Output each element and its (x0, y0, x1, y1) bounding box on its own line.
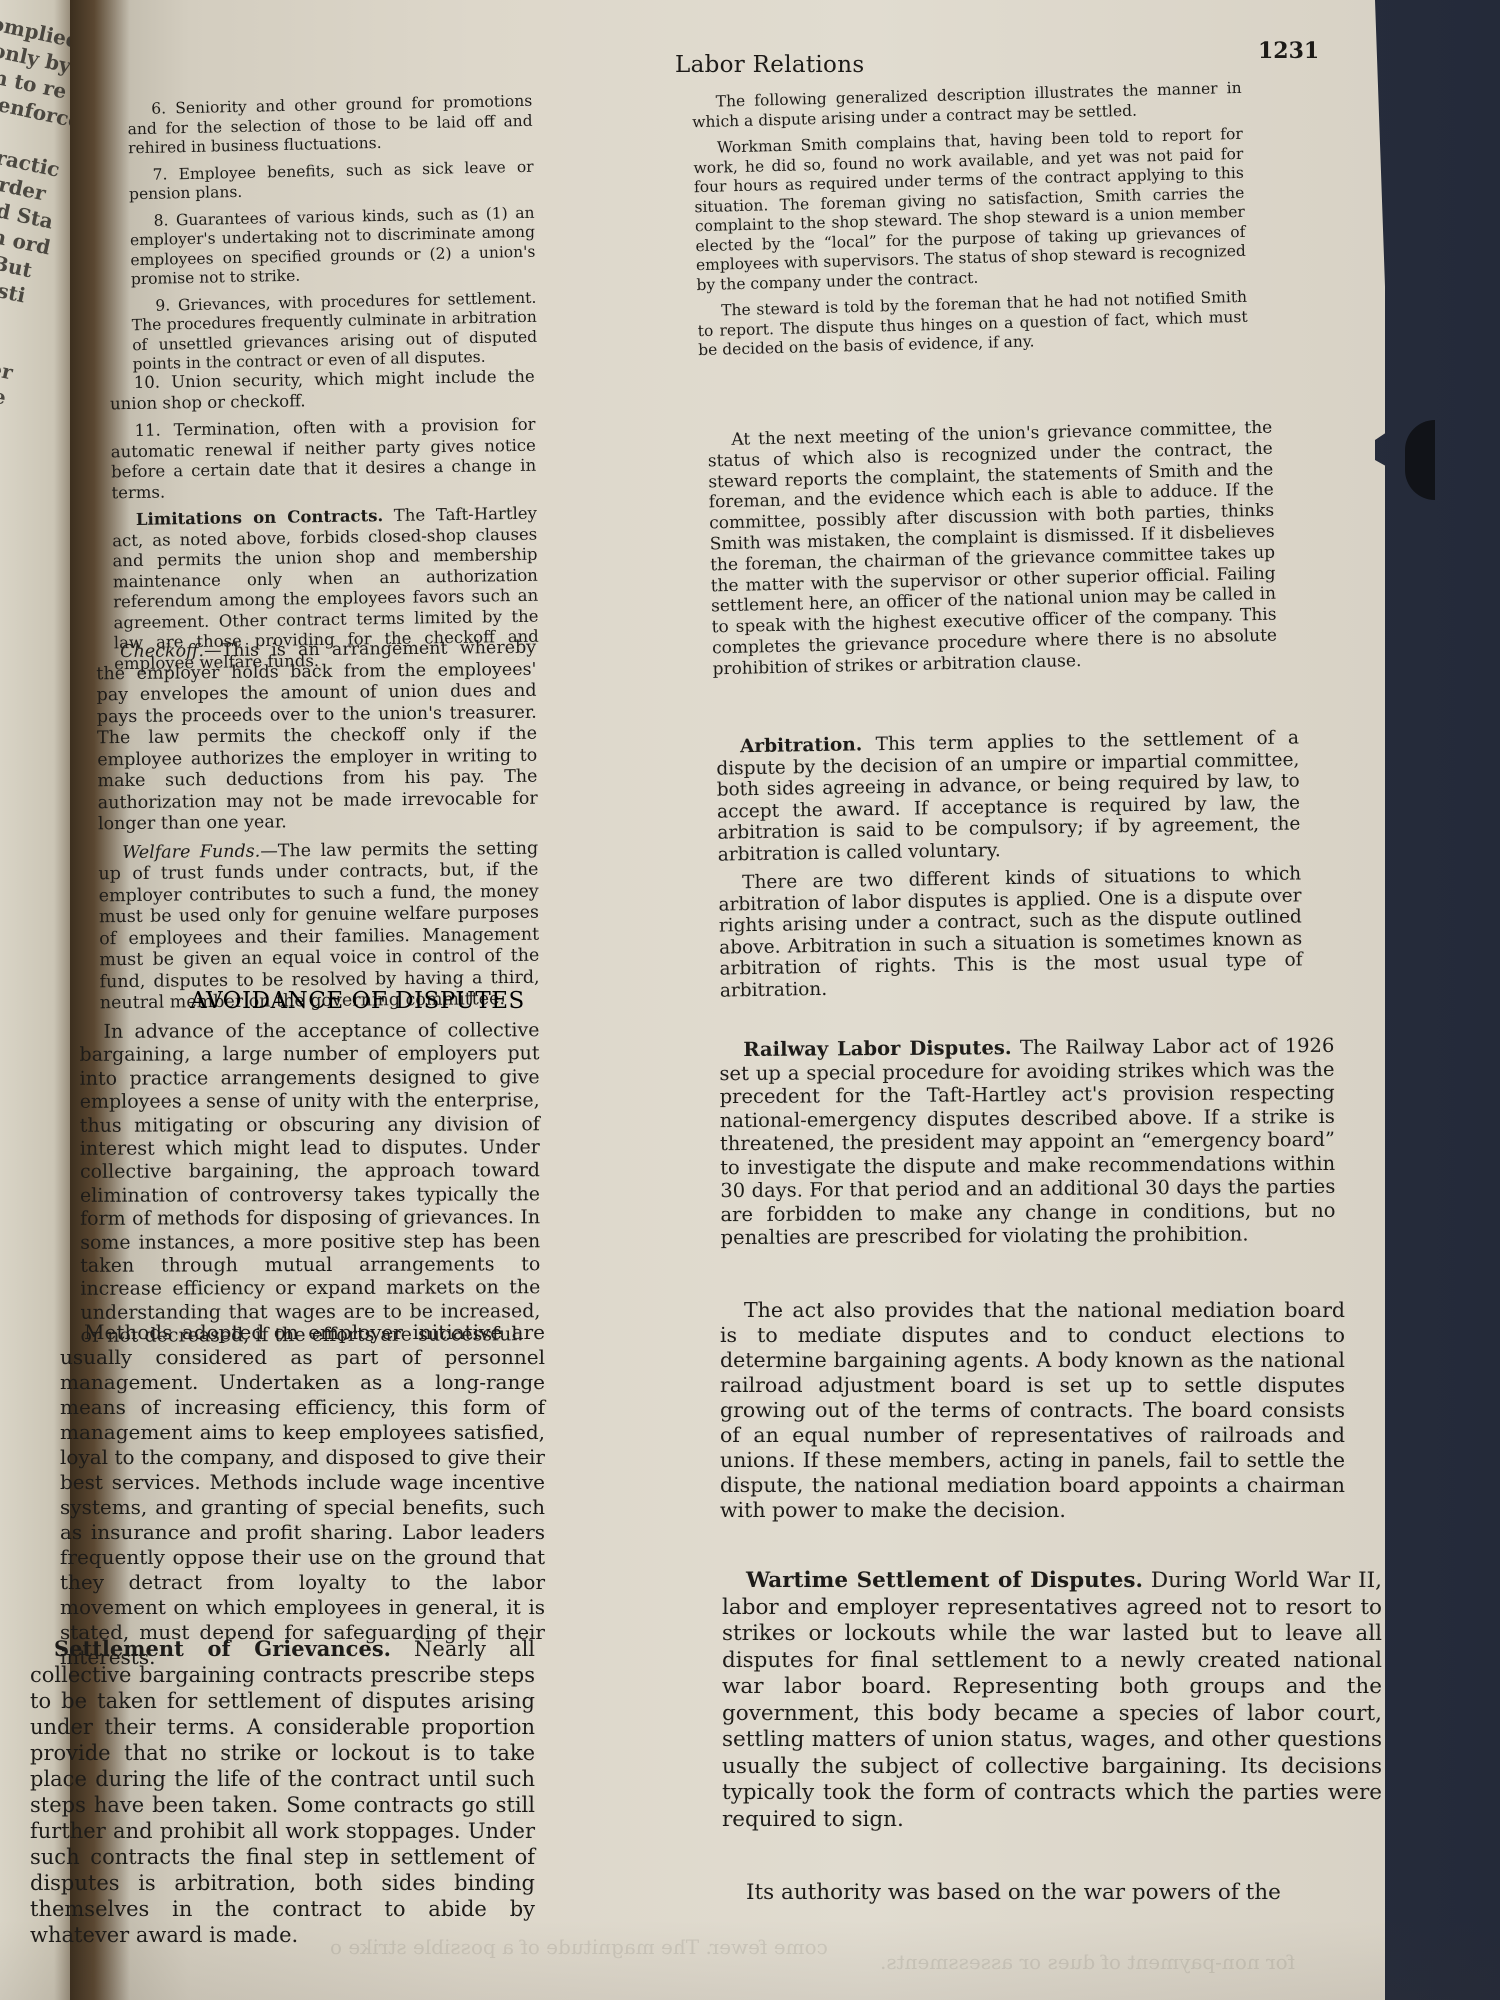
grievance-committee-block: At the next meeting of the union's griev… (707, 418, 1278, 687)
running-head: Labor Relations (675, 52, 864, 78)
grievances-heading: Settlement of Grievances. (54, 1636, 391, 1661)
checkoff-heading: Checkoff. (120, 641, 204, 662)
list-item: 7. Employee benefits, such as sick leave… (128, 157, 534, 204)
paragraph: The act also provides that the national … (720, 1298, 1345, 1523)
contract-terms-list: 6. Seniority and other ground for promot… (127, 92, 538, 382)
arbitration-block: Arbitration. This term applies to the se… (716, 727, 1303, 1008)
paragraph: There are two different kinds of situati… (718, 863, 1303, 1001)
paragraph: The steward is told by the foreman that … (697, 288, 1248, 361)
show-through-text: for non-payment of dues or assessments. (880, 1950, 1295, 1974)
checkoff-body: —This is an arrangement whereby the empl… (96, 638, 538, 835)
checkoff-welfare-block: Checkoff.—This is an arrangement whereby… (96, 638, 540, 1022)
limitations-heading: Limitations on Contracts. (136, 506, 384, 529)
show-through-text: come fewer. The magnitude of a possible … (330, 1935, 828, 1959)
paragraph: Its authority was based on the war power… (722, 1880, 1382, 1907)
grievances-body: Nearly all collective bargaining contrac… (30, 1637, 535, 1947)
list-item: 11. Termination, often with a provision … (110, 415, 536, 504)
wartime-body: During World War II, labor and employer … (722, 1568, 1382, 1832)
mediation-board-block: The act also provides that the national … (720, 1298, 1345, 1530)
list-item: 9. Grievances, with procedures for settl… (131, 288, 538, 374)
paragraph: In advance of the acceptance of collecti… (79, 1019, 540, 1348)
paragraph: Methods adopted on employer initiative a… (60, 1320, 545, 1670)
wartime-heading: Wartime Settlement of Disputes. (746, 1568, 1143, 1593)
paragraph: Workman Smith complains that, having bee… (693, 125, 1247, 295)
railway-block: Railway Labor Disputes. The Railway Labo… (719, 1034, 1336, 1257)
final-line-block: Its authority was based on the war power… (722, 1880, 1382, 1914)
page-number: 1231 (1258, 38, 1319, 64)
avoidance-paragraph-2: Methods adopted on employer initiative a… (60, 1320, 545, 1677)
grievances-block: Settlement of Grievances. Nearly all col… (30, 1636, 535, 1955)
paragraph: At the next meeting of the union's griev… (707, 418, 1278, 680)
grievances-paragraph: Settlement of Grievances. Nearly all col… (30, 1636, 535, 1948)
wartime-paragraph: Wartime Settlement of Disputes. During W… (722, 1568, 1382, 1833)
dispute-example-block: The following generalized description il… (692, 79, 1249, 368)
arbitration-paragraph: Arbitration. This term applies to the se… (716, 727, 1301, 865)
wartime-block: Wartime Settlement of Disputes. During W… (722, 1568, 1382, 1840)
railway-body: The Railway Labor act of 1926 set up a s… (719, 1034, 1335, 1249)
welfare-heading: Welfare Funds. (122, 841, 260, 862)
railway-paragraph: Railway Labor Disputes. The Railway Labo… (719, 1034, 1335, 1250)
avoidance-paragraph-1: In advance of the acceptance of collecti… (79, 1019, 540, 1355)
checkoff-paragraph: Checkoff.—This is an arrangement whereby… (96, 638, 538, 836)
section-heading: AVOIDANCE OF DISPUTES (190, 988, 525, 1014)
list-item: 10. Union security, which might include … (110, 367, 536, 415)
list-item: 6. Seniority and other ground for promot… (127, 92, 533, 159)
contract-terms-continued: 10. Union security, which might include … (110, 367, 540, 682)
arbitration-heading: Arbitration. (740, 734, 862, 757)
list-item: 8. Guarantees of various kinds, such as … (129, 203, 536, 289)
railway-heading: Railway Labor Disputes. (743, 1036, 1011, 1061)
